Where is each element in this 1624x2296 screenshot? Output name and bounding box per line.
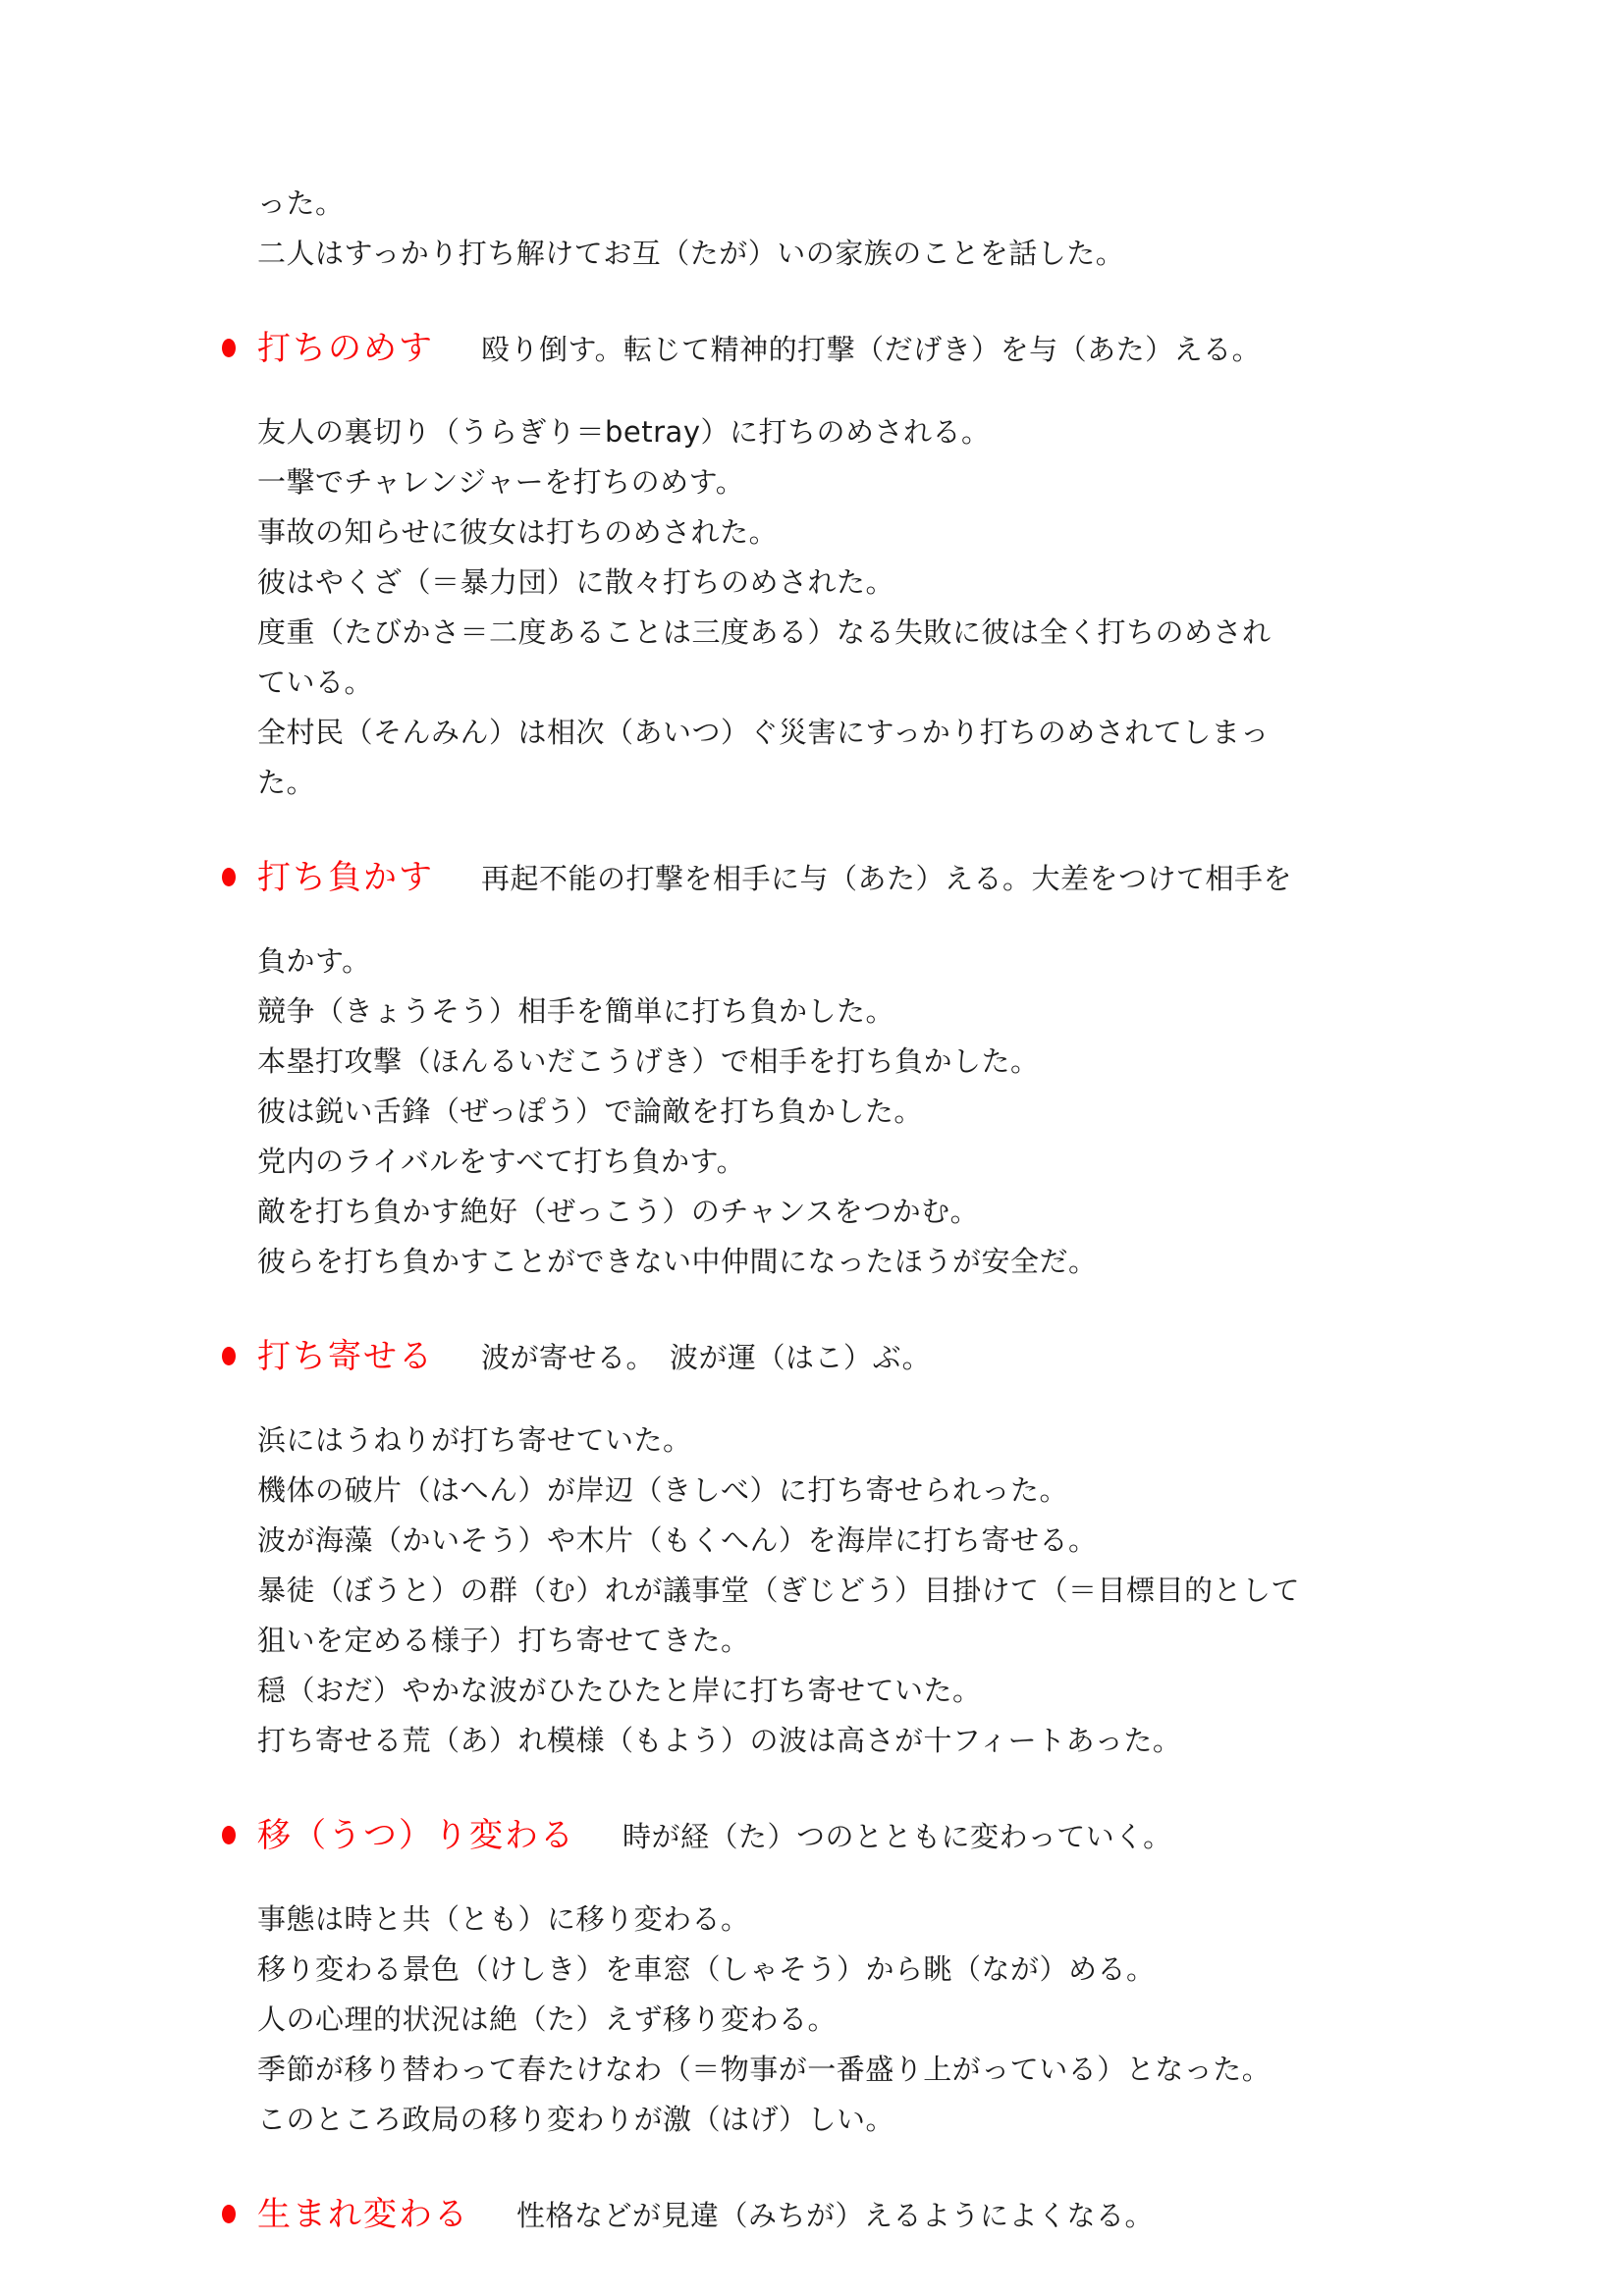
headword: 打ち寄せる <box>257 1326 434 1387</box>
example-line: 穏（おだ）やかな波がひたひたと岸に打ち寄せていた。 <box>257 1666 1428 1716</box>
example-line: 移り変わる景色（けしき）を車窓（しゃそう）から眺（なが）める。 <box>257 1945 1428 1995</box>
intro-line: 二人はすっかり打ち解けてお互（たが）いの家族のことを話した。 <box>257 229 1428 279</box>
entry-uchimakasu: 打ち負かす 再起不能の打撃を相手に与（あた）える。大差をつけて相手を 負かす。 … <box>257 847 1428 1287</box>
example-line: 事態は時と共（とも）に移り変わる。 <box>257 1895 1428 1945</box>
example-line: 彼は鋭い舌鋒（ぜっぽう）で論敵を打ち負かした。 <box>257 1087 1428 1137</box>
example-line: ている。 <box>257 658 1428 708</box>
example-line: 全村民（そんみん）は相次（あいつ）ぐ災害にすっかり打ちのめされてしまっ <box>257 708 1428 758</box>
example-line: 暴徒（ぼうと）の群（む）れが議事堂（ぎじどう）目掛けて（＝目標目的として <box>257 1566 1428 1616</box>
entry-uchiyoseru: 打ち寄せる 波が寄せる。 波が運（はこ）ぶ。 浜にはうねりが打ち寄せていた。 機… <box>257 1326 1428 1766</box>
bullet-icon <box>222 1347 236 1365</box>
document-page: った。 二人はすっかり打ち解けてお互（たが）いの家族のことを話した。 打ちのめす… <box>0 0 1624 2246</box>
example-line: 浜にはうねりが打ち寄せていた。 <box>257 1415 1428 1466</box>
example-line: 一撃でチャレンジャーを打ちのめす。 <box>257 457 1428 507</box>
definition: 波が寄せる。 波が運（はこ）ぶ。 <box>481 1327 931 1388</box>
example-line: 彼はやくざ（＝暴力団）に散々打ちのめされた。 <box>257 558 1428 608</box>
entry-heading: 打ち負かす 再起不能の打撃を相手に与（あた）える。大差をつけて相手を <box>257 847 1428 909</box>
entry-heading: 打ちのめす 殴り倒す。転じて精神的打撃（だげき）を与（あた）える。 <box>257 318 1428 380</box>
definition: 時が経（た）つのとともに変わっていく。 <box>623 1806 1172 1867</box>
bullet-icon <box>222 2205 236 2223</box>
example-line: 季節が移り替わって春たけなわ（＝物事が一番盛り上がっている）となった。 <box>257 2045 1428 2095</box>
bullet-icon <box>222 339 236 357</box>
example-line: 敵を打ち負かす絶好（ぜっこう）のチャンスをつかむ。 <box>257 1187 1428 1237</box>
entry-umarekawaru: 生まれ変わる 性格などが見違（みちが）えるようによくなる。 <box>257 2184 1428 2246</box>
entry-heading: 移（うつ）り変わる 時が経（た）つのとともに変わっていく。 <box>257 1805 1428 1867</box>
example-line: 度重（たびかさ＝二度あることは三度ある）なる失敗に彼は全く打ちのめされ <box>257 608 1428 658</box>
example-line: 友人の裏切り（うらぎり＝betray）に打ちのめされる。 <box>257 407 1428 457</box>
example-line: 機体の破片（はへん）が岸辺（きしべ）に打ち寄せられった。 <box>257 1466 1428 1516</box>
headword: 生まれ変わる <box>257 2184 469 2245</box>
bullet-icon <box>222 868 236 886</box>
entry-utsurikawaru: 移（うつ）り変わる 時が経（た）つのとともに変わっていく。 事態は時と共（とも）… <box>257 1805 1428 2145</box>
definition: 再起不能の打撃を相手に与（あた）える。大差をつけて相手を <box>481 848 1292 909</box>
definition-continuation: 負かす。 <box>257 936 1428 987</box>
definition: 性格などが見違（みちが）えるようによくなる。 <box>516 2185 1154 2246</box>
definition: 殴り倒す。転じて精神的打撃（だげき）を与（あた）える。 <box>481 319 1261 380</box>
entry-heading: 生まれ変わる 性格などが見違（みちが）えるようによくなる。 <box>257 2184 1428 2246</box>
example-line: 波が海藻（かいそう）や木片（もくへん）を海岸に打ち寄せる。 <box>257 1516 1428 1566</box>
example-line: 本塁打攻撃（ほんるいだこうげき）で相手を打ち負かした。 <box>257 1037 1428 1087</box>
example-line: このところ政局の移り変わりが激（はげ）しい。 <box>257 2095 1428 2145</box>
bullet-icon <box>222 1826 236 1844</box>
example-line: 党内のライバルをすべて打ち負かす。 <box>257 1137 1428 1187</box>
entry-uchinomesu: 打ちのめす 殴り倒す。転じて精神的打撃（だげき）を与（あた）える。 友人の裏切り… <box>257 318 1428 808</box>
example-line: 事故の知らせに彼女は打ちのめされた。 <box>257 507 1428 558</box>
example-line: 彼らを打ち負かすことができない中仲間になったほうが安全だ。 <box>257 1237 1428 1287</box>
example-line: た。 <box>257 758 1428 808</box>
example-line: 打ち寄せる荒（あ）れ模様（もよう）の波は高さが十フィートあった。 <box>257 1716 1428 1766</box>
headword: 打ちのめす <box>257 318 434 379</box>
example-line: 狙いを定める様子）打ち寄せてきた。 <box>257 1616 1428 1666</box>
example-line: 競争（きょうそう）相手を簡単に打ち負かした。 <box>257 987 1428 1037</box>
headword: 移（うつ）り変わる <box>257 1805 575 1866</box>
example-line: 人の心理的状況は絶（た）えず移り変わる。 <box>257 1995 1428 2045</box>
entry-heading: 打ち寄せる 波が寄せる。 波が運（はこ）ぶ。 <box>257 1326 1428 1388</box>
intro-line: った。 <box>257 179 1428 229</box>
headword: 打ち負かす <box>257 847 434 908</box>
